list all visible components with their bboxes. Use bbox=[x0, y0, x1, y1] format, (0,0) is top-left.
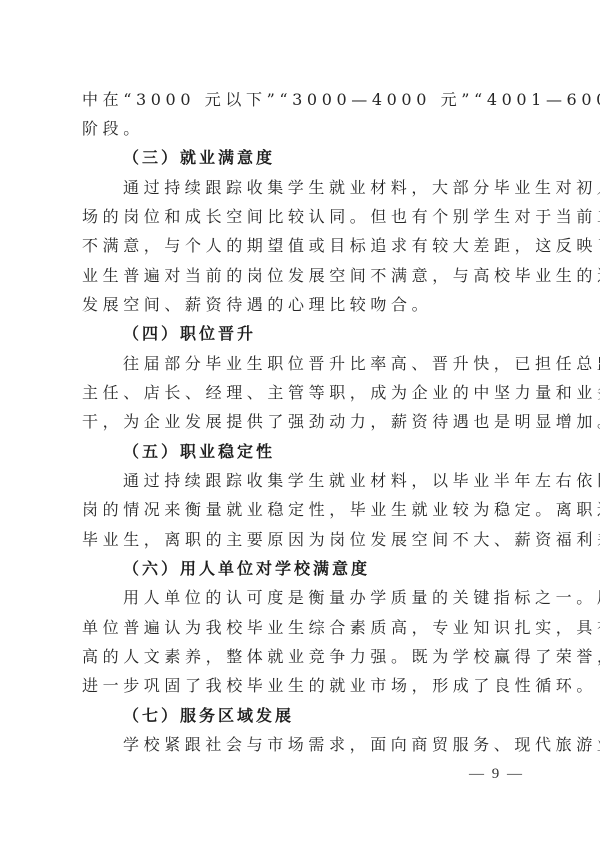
body-line: 阶段。 bbox=[82, 118, 522, 140]
body-line: 干，为企业发展提供了强劲动力，薪资待遇也是明显增加。 bbox=[82, 411, 522, 433]
body-line: 不满意，与个人的期望值或目标追求有较大差距，这反映了毕 bbox=[82, 235, 522, 257]
section-heading-employment-satisfaction: （三）就业满意度 bbox=[82, 147, 522, 169]
body-line: 进一步巩固了我校毕业生的就业市场，形成了良性循环。 bbox=[82, 675, 522, 697]
body-line: 发展空间、薪资待遇的心理比较吻合。 bbox=[82, 294, 522, 316]
body-line: 场的岗位和成长空间比较认同。但也有个别学生对于当前工作 bbox=[82, 206, 522, 228]
body-line: 业生普遍对当前的岗位发展空间不满意，与高校毕业生的追求 bbox=[82, 265, 522, 287]
body-line: 岗的情况来衡量就业稳定性，毕业生就业较为稳定。离职过的 bbox=[82, 499, 522, 521]
section-heading-stability: （五）职业稳定性 bbox=[82, 441, 522, 463]
body-line: 高的人文素养，整体就业竞争力强。既为学校赢得了荣誉，也 bbox=[82, 646, 522, 668]
body-line: 用人单位的认可度是衡量办学质量的关键指标之一。用人 bbox=[82, 587, 522, 609]
body-line: 通过持续跟踪收集学生就业材料，以毕业半年左右依旧在 bbox=[82, 470, 522, 492]
section-heading-employer-satisfaction: （六）用人单位对学校满意度 bbox=[82, 558, 522, 580]
page-number: — 9 — bbox=[468, 766, 524, 783]
body-line: 单位普遍认为我校毕业生综合素质高，专业知识扎实，具有较 bbox=[82, 617, 522, 639]
body-line: 学校紧跟社会与市场需求，面向商贸服务、现代旅游业与 bbox=[82, 734, 522, 756]
body-line: 通过持续跟踪收集学生就业材料，大部分毕业生对初入职 bbox=[82, 177, 522, 199]
body-line: 中在“3000 元以下”“3000—4000 元”“4001—6000 元”三个 bbox=[82, 89, 522, 111]
section-heading-promotion: （四）职位晋升 bbox=[82, 323, 522, 345]
body-line: 主任、店长、经理、主管等职，成为企业的中坚力量和业务骨 bbox=[82, 382, 522, 404]
document-page: 中在“3000 元以下”“3000—4000 元”“4001—6000 元”三个… bbox=[0, 0, 600, 848]
body-line: 往届部分毕业生职位晋升比率高、晋升快，已担任总监、 bbox=[82, 353, 522, 375]
section-heading-regional-service: （七）服务区域发展 bbox=[82, 705, 522, 727]
body-line: 毕业生，离职的主要原因为岗位发展空间不大、薪资福利差。 bbox=[82, 529, 522, 551]
